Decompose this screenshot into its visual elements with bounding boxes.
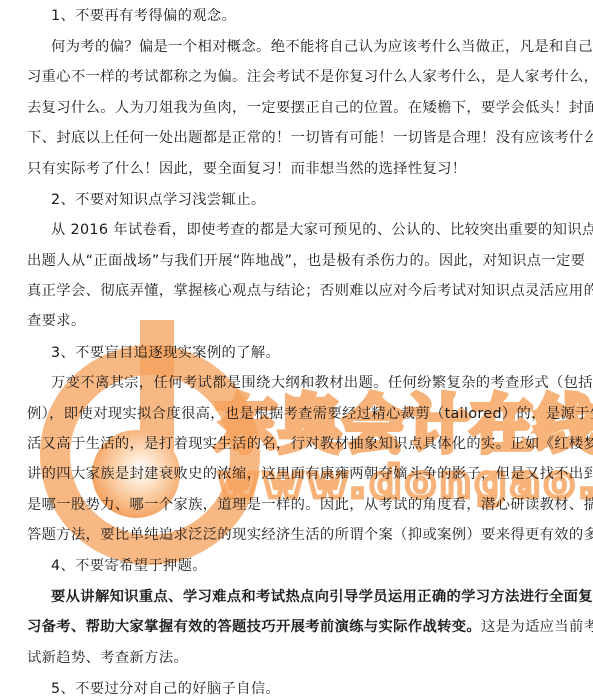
paragraph-line: 习重心不一样的考试都称之为偏。注会考试不是你复习什么人家考什么，是人家考什么，你 [27,67,593,87]
paragraph-line: 讲的四大家族是封建衰败史的浓缩，这里面有康雍两朝夺嫡斗争的影子，但是又找不出到底 [27,464,593,484]
paragraph-line: 真正学会、彻底弄懂，掌握核心观点与结论；否则难以应对今后考试对知识点灵活应用的考 [27,281,593,301]
paragraph-line: 查要求。 [27,311,86,331]
paragraph-line: 只有实际考了什么！因此，要全面复习！而非想当然的选择性复习！ [27,159,466,179]
paragraph-first-line: 5、不要过分对自己的好脑子自信。 [51,679,280,699]
paragraph-line: 答题方法，要比单纯追求泛泛的现实经济生活的所谓个案（抑或案例）要来得更有效的多。 [27,525,593,545]
paragraph-line: 去复习什么。人为刀俎我为鱼肉，一定要摆正自己的位置。在矮檐下，要学会低头！封面以 [27,98,593,118]
normal-text-span: 这是为适应当前考 [481,619,593,635]
paragraph-first-line: 4、不要寄希望于押题。 [51,556,207,576]
paragraph-first-line: 2、不要对知识点学习浅尝辄止。 [51,190,266,210]
paragraph-first-line: 万变不离其宗，任何考试都是围绕大纲和教材出题。任何纷繁复杂的考查形式（包括案 [51,373,593,393]
paragraph-line: 试新趋势、考查新方法。 [27,648,188,668]
paragraph-line: 习备考、帮助大家掌握有效的答题技巧开展考前演练与实际作战转变。这是为适应当前考 [27,617,593,637]
paragraph-first-line: 3、不要盲目追逐现实案例的了解。 [51,343,280,363]
paragraph-first-line: 1、不要再有考得偏的观念。 [51,6,236,26]
paragraph-first-line: 要从讲解知识重点、学习难点和考试热点向引导学员运用正确的学习方法进行全面复 [51,587,593,607]
paragraph-line: 出题人从“正面战场”与我们开展“阵地战”，也是极有杀伤力的。因此，对知识点一定要 [27,251,585,271]
bold-text-span: 习备考、帮助大家掌握有效的答题技巧开展考前演练与实际作战转变。 [27,619,481,635]
paragraph-line: 例），即使对现实拟合度很高，也是根据考查需要经过精心裁剪（tailored）的，… [27,404,593,424]
paragraph-line: 活又高于生活的，是打着现实生活的名，行对教材抽象知识点具体化的实。正如《红楼梦》 [27,434,593,454]
paragraph-first-line: 从 2016 年试卷看，即使考查的都是大家可预见的、公认的、比较突出重要的知识点… [51,220,593,240]
paragraph-line: 是哪一股势力、哪一个家族，道理是一样的。因此，从考试的角度看，潜心研读教材、揣摩 [27,495,593,515]
paragraph-first-line: 何为考的偏？偏是一个相对概念。绝不能将自己认为应该考什么当做正，凡是和自己复 [51,37,593,57]
paragraph-line: 下、封底以上任何一处出题都是正常的！一切皆有可能！一切皆是合理！没有应该考什么， [27,128,593,148]
